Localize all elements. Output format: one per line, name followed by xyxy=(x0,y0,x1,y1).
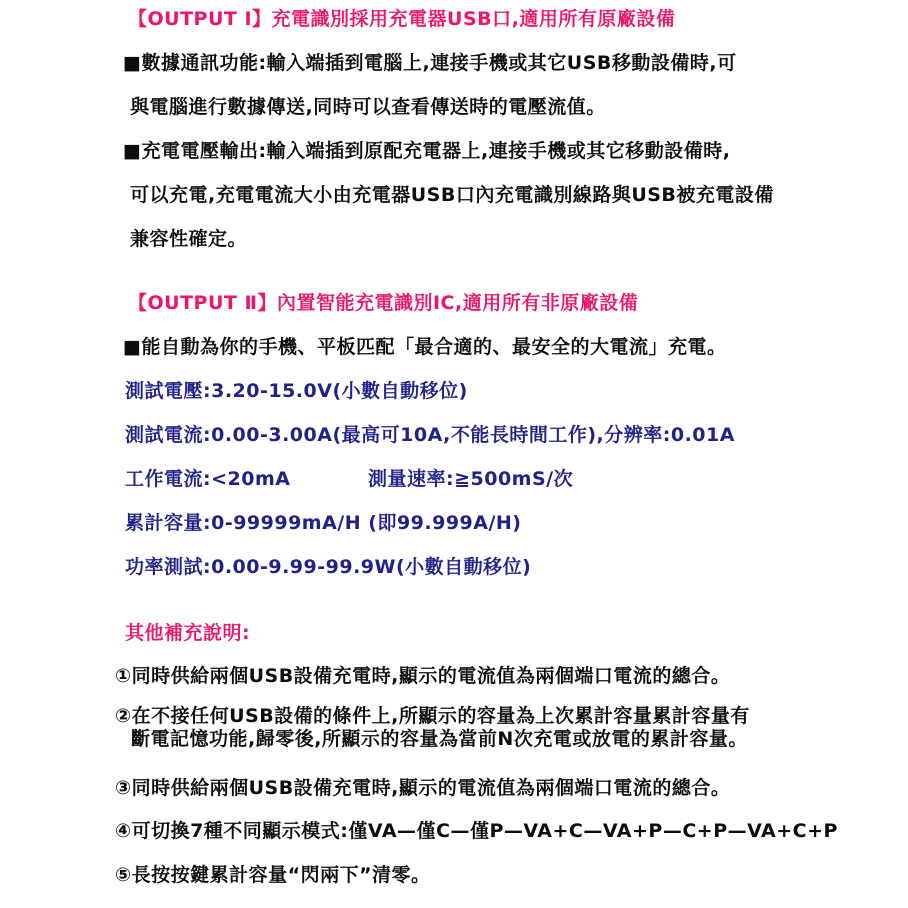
note-4: ④可切換7種不同顯示模式:僅VA—僅C—僅P—VA+C—VA+P—C+P—VA+… xyxy=(115,820,838,842)
output2-heading: 【OUTPUT Ⅱ】內置智能充電識別IC,適用所有非原廠設備 xyxy=(128,292,638,314)
spec-power-test: 功率測試:0.00-9.99-99.9W(小數自動移位) xyxy=(125,556,531,578)
note-2-line1: ②在不接任何USB設備的條件上,所顯示的容量為上次累計容量累計容量有 xyxy=(115,705,750,727)
spec-test-voltage: 測試電壓:3.20-15.0V(小數自動移位) xyxy=(125,380,468,402)
note-1: ①同時供給兩個USB設備充電時,顯示的電流值為兩個端口電流的總合。 xyxy=(115,665,730,687)
note-2-line2: 斷電記憶功能,歸零後,所顯示的容量為當前N次充電或放電的累計容量。 xyxy=(131,728,748,750)
output1-heading: 【OUTPUT Ⅰ】充電識別採用充電器USB口,適用所有原廠設備 xyxy=(128,8,675,30)
output1-bullet2-line1: ■充電電壓輸出:輸入端插到原配充電器上,連接手機或其它移動設備時, xyxy=(123,140,731,162)
notes-heading: 其他補充說明: xyxy=(125,622,250,644)
spec-accumulated-capacity: 累計容量:0-99999mA/H (即99.999A/H) xyxy=(125,512,522,534)
product-description-page: 【OUTPUT Ⅰ】充電識別採用充電器USB口,適用所有原廠設備 ■數據通訊功能… xyxy=(0,0,908,908)
output1-bullet2-line3: 兼容性確定。 xyxy=(130,228,247,250)
spec-working-current: 工作電流:<20mA xyxy=(125,468,290,490)
output2-bullet1: ■能自動為你的手機、平板匹配「最合適的、最安全的大電流」充電。 xyxy=(123,336,726,358)
output1-bullet2-line2: 可以充電,充電電流大小由充電器USB口內充電識別線路與USB被充電設備 xyxy=(130,184,774,206)
output1-bullet1-line1: ■數據通訊功能:輸入端插到電腦上,連接手機或其它USB移動設備時,可 xyxy=(123,52,737,74)
note-5: ⑤長按按鍵累計容量“閃兩下”清零。 xyxy=(115,864,431,886)
spec-test-current: 測試電流:0.00-3.00A(最高可10A,不能長時間工作),分辨率:0.01… xyxy=(125,424,735,446)
output1-bullet1-line2: 與電腦進行數據傳送,同時可以查看傳送時的電壓流值。 xyxy=(130,96,606,118)
note-3: ③同時供給兩個USB設備充電時,顯示的電流值為兩個端口電流的總合。 xyxy=(115,777,730,799)
spec-measure-rate: 測量速率:≧500mS/次 xyxy=(368,468,573,490)
